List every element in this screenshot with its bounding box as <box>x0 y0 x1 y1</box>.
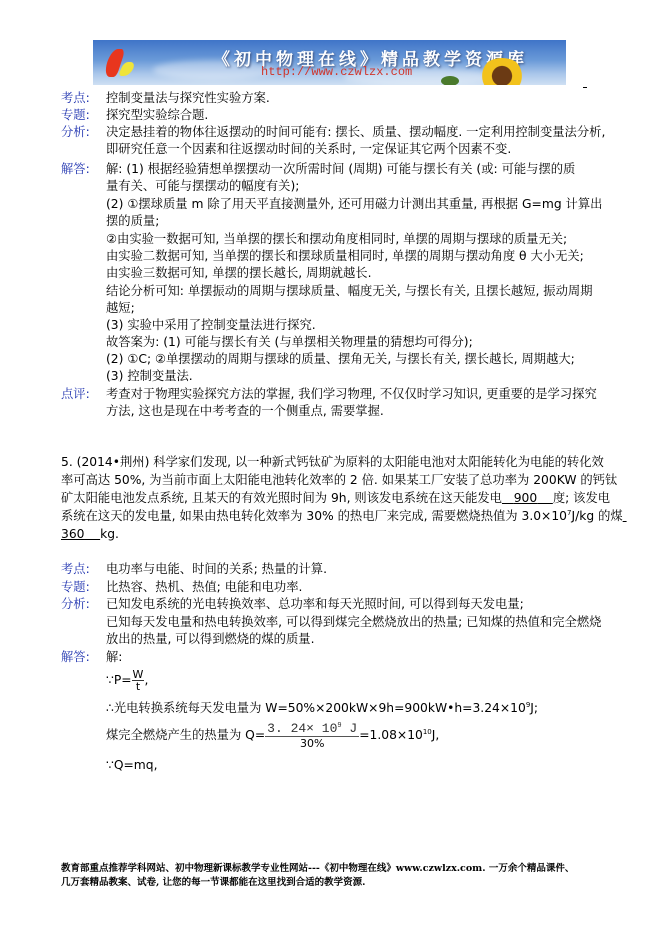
q5-question-text: 度; 该发电 <box>553 491 610 505</box>
label-kaodian: 考点: <box>61 90 90 106</box>
label-jieda: 解答: <box>61 649 90 665</box>
label-dianping: 点评: <box>61 386 90 402</box>
q4-jieda-line: 量有关、可能与摆摆动的幅度有关); <box>106 178 299 194</box>
q5-fenxi-line: 放出的热量, 可以得到燃烧的煤的质量. <box>106 631 314 647</box>
q4-jieda-line: 越短; <box>106 300 135 316</box>
q5-question-text: kg. <box>100 527 119 541</box>
q5-question-line: 矿太阳能电池发点系统, 且某天的有效光照时间为 9h, 则该发电系统在这天能发电… <box>61 490 610 506</box>
label-kaodian: 考点: <box>61 561 90 577</box>
q5-fenxi-line: 已知每天发电量和热电转换效率, 可以得到煤完全燃烧放出的热量; 已知煤的热值和完… <box>106 614 601 630</box>
formula-power: ∵P=Wt, <box>106 666 148 694</box>
q5-question-line: 5. (2014•荆州) 科学家们发现, 以一种新式钙钛矿为原料的太阳能电池对太… <box>61 454 604 470</box>
label-jieda: 解答: <box>61 161 90 177</box>
q4-jieda-line: 结论分析可知: 单摆振动的周期与摆球质量、幅度无关, 与摆长有关, 且摆长越短,… <box>106 283 593 299</box>
q4-jieda-line: 摆的质量; <box>106 213 159 229</box>
label-fenxi: 分析: <box>61 124 90 140</box>
q5-question-text: J/kg 的煤 <box>571 509 622 523</box>
q5-kaodian: 电功率与电能、时间的关系; 热量的计算. <box>106 561 327 577</box>
q4-jieda-line: (2) ①摆球质量 m 除了用天平直接测量外, 还可用磁力计测出其重量, 再根据… <box>106 196 602 212</box>
q4-jieda-line: ②由实验一数据可知, 当单摆的摆长和摆动角度相同时, 单摆的周期与摆球的质量无关… <box>106 231 567 247</box>
banner-url[interactable]: http://www.czwlzx.com <box>261 65 412 79</box>
q5-fenxi-line: 已知发电系统的光电转换效率、总功率和每天光照时间, 可以得到每天发电量; <box>106 596 524 612</box>
q4-jieda-line: 由实验二数据可知, 当单摆的摆长和摆球质量相同时, 单摆的周期与摆动角度 θ 大… <box>106 248 584 264</box>
footer-line: 几万套精品教案、试卷, 让您的每一节课都能在这里找到合适的教学资源. <box>61 876 365 889</box>
q4-jieda-line: (3) 控制变量法. <box>106 368 193 384</box>
label-zhuanti: 专题: <box>61 579 90 595</box>
corner-mark <box>583 87 587 88</box>
q4-dianping-line: 方法, 这也是现在中考考查的一个侧重点, 需要掌握. <box>106 403 384 419</box>
header-banner: 《初中物理在线》精品教学资源库 http://www.czwlzx.com <box>93 40 566 85</box>
q4-jieda-line: (2) ①C; ②单摆摆动的周期与摆球的质量、摆角无关, 与摆长有关, 摆长越长… <box>106 351 575 367</box>
q4-jieda-line: 解: (1) 根据经验猜想单摆摆动一次所需时间 (周期) 可能与摆长有关 (或:… <box>106 161 575 177</box>
q5-question-line: 系统在这天的发电量, 如果由热电转化效率为 30% 的热电厂来完成, 需要燃烧热… <box>61 508 627 524</box>
q4-fenxi-line: 即研究任意一个因素和往返摆动时间的关系时, 一定保证其它两个因素不变. <box>106 141 511 157</box>
formula-energy: ∴光电转换系统每天发电量为 W=50%×200kW×9h=900kW•h=3.2… <box>106 700 538 716</box>
q5-zhuanti: 比热容、热机、热值; 电能和电功率. <box>106 579 302 595</box>
q5-question-text: 系统在这天的发电量, 如果由热电转化效率为 30% 的热电厂来完成, 需要燃烧热… <box>61 509 567 523</box>
q4-fenxi-line: 决定悬挂着的物体往返摆动的时间可能有: 摆长、质量、摆动幅度. 一定利用控制变量… <box>106 124 605 140</box>
formula-mq: ∵Q=mq, <box>106 757 158 773</box>
q5-question-text: 矿太阳能电池发点系统, 且某天的有效光照时间为 9h, 则该发电系统在这天能发电 <box>61 491 502 505</box>
label-fenxi: 分析: <box>61 596 90 612</box>
q4-kaodian: 控制变量法与探究性实验方案. <box>106 90 270 106</box>
q4-jieda-line: 故答案为: (1) 可能与摆长有关 (与单摆相关物理量的猜想均可得分); <box>106 334 473 350</box>
q5-question-line: 率可高达 50%, 为当前市面上太阳能电池转化效率的 2 倍. 如果某工厂安装了… <box>61 472 617 488</box>
leaf-icon <box>441 76 459 85</box>
q4-dianping-line: 考查对于物理实验探究方法的掌握, 我们学习物理, 不仅仅时学习知识, 更重要的是… <box>106 386 597 402</box>
answer-blank-1: 900 <box>502 491 553 505</box>
answer-blank-2: 360 <box>61 527 100 541</box>
q5-question-line: 360 kg. <box>61 526 119 542</box>
footer-line: 教育部重点推荐学科网站、初中物理新课标教学专业性网站---《初中物理在线》www… <box>61 862 574 875</box>
formula-heat: 煤完全燃烧产生的热量为 Q=3. 24× 109 J30%=1.08×1010J… <box>106 718 439 752</box>
q5-jieda-intro: 解: <box>106 649 122 665</box>
label-zhuanti: 专题: <box>61 107 90 123</box>
q4-jieda-line: (3) 实验中采用了控制变量法进行探究. <box>106 317 316 333</box>
q4-zhuanti: 探究型实验综合题. <box>106 107 208 123</box>
q4-jieda-line: 由实验三数据可知, 单摆的摆长越长, 周期就越长. <box>106 265 371 281</box>
